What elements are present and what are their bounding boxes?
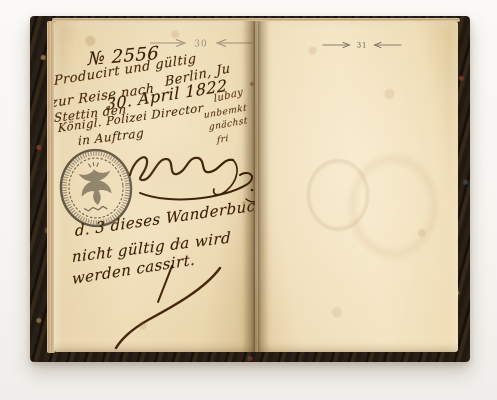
page-number-ornament-right: 31 <box>321 39 403 51</box>
wanderbuch-open-book: 30 № 2556 Producirt und gültig zur Reise… <box>30 16 470 362</box>
printed-page-number-right: 31 <box>357 42 367 50</box>
printed-page-number-left: 30 <box>194 40 207 50</box>
page-number-ornament-left: 30 <box>148 37 254 49</box>
left-page: 30 № 2556 Producirt und gültig zur Reise… <box>54 21 255 352</box>
right-page: 31 <box>255 21 458 352</box>
photo-background: { "scene": { "background_color": "#f7f5f… <box>0 0 497 400</box>
page-spread: 30 № 2556 Producirt und gültig zur Reise… <box>54 21 458 352</box>
blind-embossed-seal <box>305 157 371 233</box>
ink-flourish <box>108 264 226 352</box>
margin-note-4: gnächst <box>209 117 248 133</box>
